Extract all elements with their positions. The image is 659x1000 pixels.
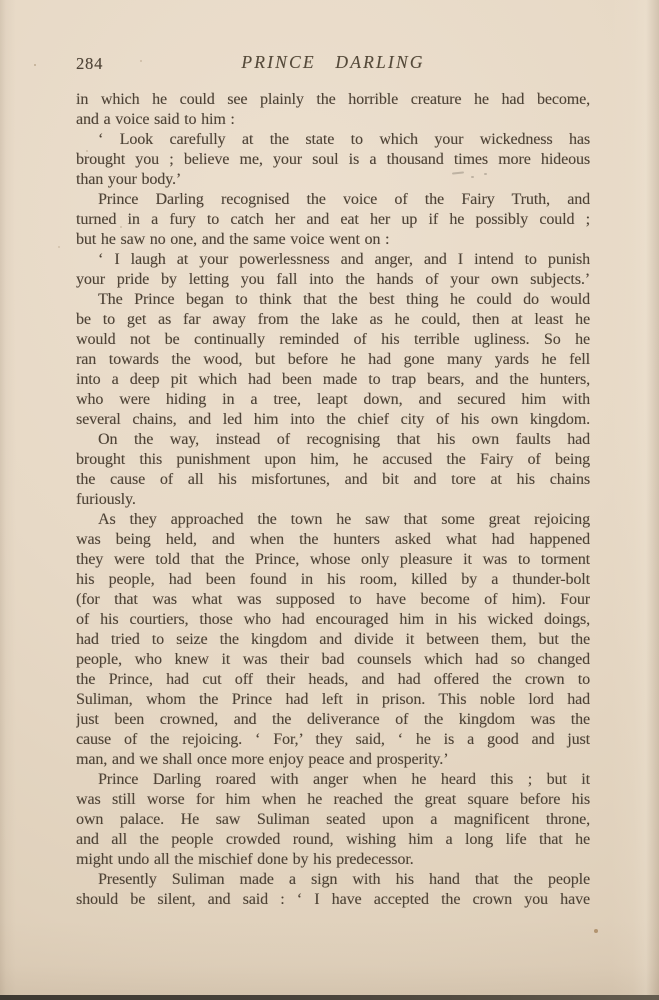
paper-speck: [58, 246, 60, 248]
text-line: (for that was what was supposed to have …: [76, 590, 590, 610]
text-line: and a voice said to him :: [76, 110, 590, 130]
text-line: of his courtiers, those who had encourag…: [76, 610, 590, 630]
text-line: just been crowned, and the deliverance o…: [76, 710, 590, 730]
paper-speck: [120, 226, 122, 228]
page-bottom-edge: [0, 995, 659, 1000]
text-line: several chains, and led him into the chi…: [76, 410, 590, 430]
text-line: your pride by letting you fall into the …: [76, 270, 590, 290]
text-line: ‘ I laugh at your powerlessness and ange…: [76, 250, 590, 270]
text-line: brought this punishment upon him, he acc…: [76, 450, 590, 470]
text-line: his people, had been found in his room, …: [76, 570, 590, 590]
pencil-mark: [471, 176, 474, 178]
text-line: they were told that the Prince, whose on…: [76, 550, 590, 570]
paper-speck: [488, 560, 490, 562]
text-line: and all the people crowded round, wishin…: [76, 830, 590, 850]
text-line: man, and we shall once more enjoy peace …: [76, 750, 590, 770]
text-line: ‘ Look carefully at the state to which y…: [76, 130, 590, 150]
text-line: might undo all the mischief done by his …: [76, 850, 590, 870]
text-line: turned in a fury to catch her and eat he…: [76, 210, 590, 230]
text-line: who were hiding in a tree, leapt down, a…: [76, 390, 590, 410]
text-line: furiously.: [76, 490, 590, 510]
text-line: The Prince began to think that the best …: [76, 290, 590, 310]
text-line: Prince Darling roared with anger when he…: [76, 770, 590, 790]
text-line: As they approached the town he saw that …: [76, 510, 590, 530]
text-line: was being held, and when the hunters ask…: [76, 530, 590, 550]
text-line: into a deep pit which had been made to t…: [76, 370, 590, 390]
text-line: the cause of all his misfortunes, and bi…: [76, 470, 590, 490]
paper-speck: [34, 64, 36, 66]
text-line: On the way, instead of recognising that …: [76, 430, 590, 450]
text-line: own palace. He saw Suliman seated upon a…: [76, 810, 590, 830]
text-line: ran towards the wood, but before he had …: [76, 350, 590, 370]
text-line: but he saw no one, and the same voice we…: [76, 230, 590, 250]
text-line: Prince Darling recognised the voice of t…: [76, 190, 590, 210]
page-text: in which he could see plainly the horrib…: [76, 90, 590, 910]
text-line: would not be continually reminded of his…: [76, 330, 590, 350]
text-line: had tried to seize the kingdom and divid…: [76, 630, 590, 650]
text-line: brought you ; believe me, your soul is a…: [76, 150, 590, 170]
paper-speck: [140, 60, 142, 62]
paper-speck: [86, 150, 88, 152]
text-line: Presently Suliman made a sign with his h…: [76, 870, 590, 890]
running-title: PRINCE DARLING: [76, 52, 590, 73]
text-line: cause of the rejoicing. ‘ For,’ they sai…: [76, 730, 590, 750]
text-line: the Prince, had cut off their heads, and…: [76, 670, 590, 690]
page-header: 284 PRINCE DARLING: [76, 52, 590, 76]
text-line: be to get as far away from the lake as h…: [76, 310, 590, 330]
paper-speck: [594, 929, 598, 933]
text-line: Suliman, whom the Prince had left in pri…: [76, 690, 590, 710]
text-line: than your body.’: [76, 170, 590, 190]
text-line: was still worse for him when he reached …: [76, 790, 590, 810]
pencil-mark: [484, 173, 487, 175]
book-page: 284 PRINCE DARLING in which he could see…: [0, 0, 659, 1000]
text-line: people, who knew it was their bad counse…: [76, 650, 590, 670]
text-line: in which he could see plainly the horrib…: [76, 90, 590, 110]
text-line: should be silent, and said : ‘ I have ac…: [76, 890, 590, 910]
